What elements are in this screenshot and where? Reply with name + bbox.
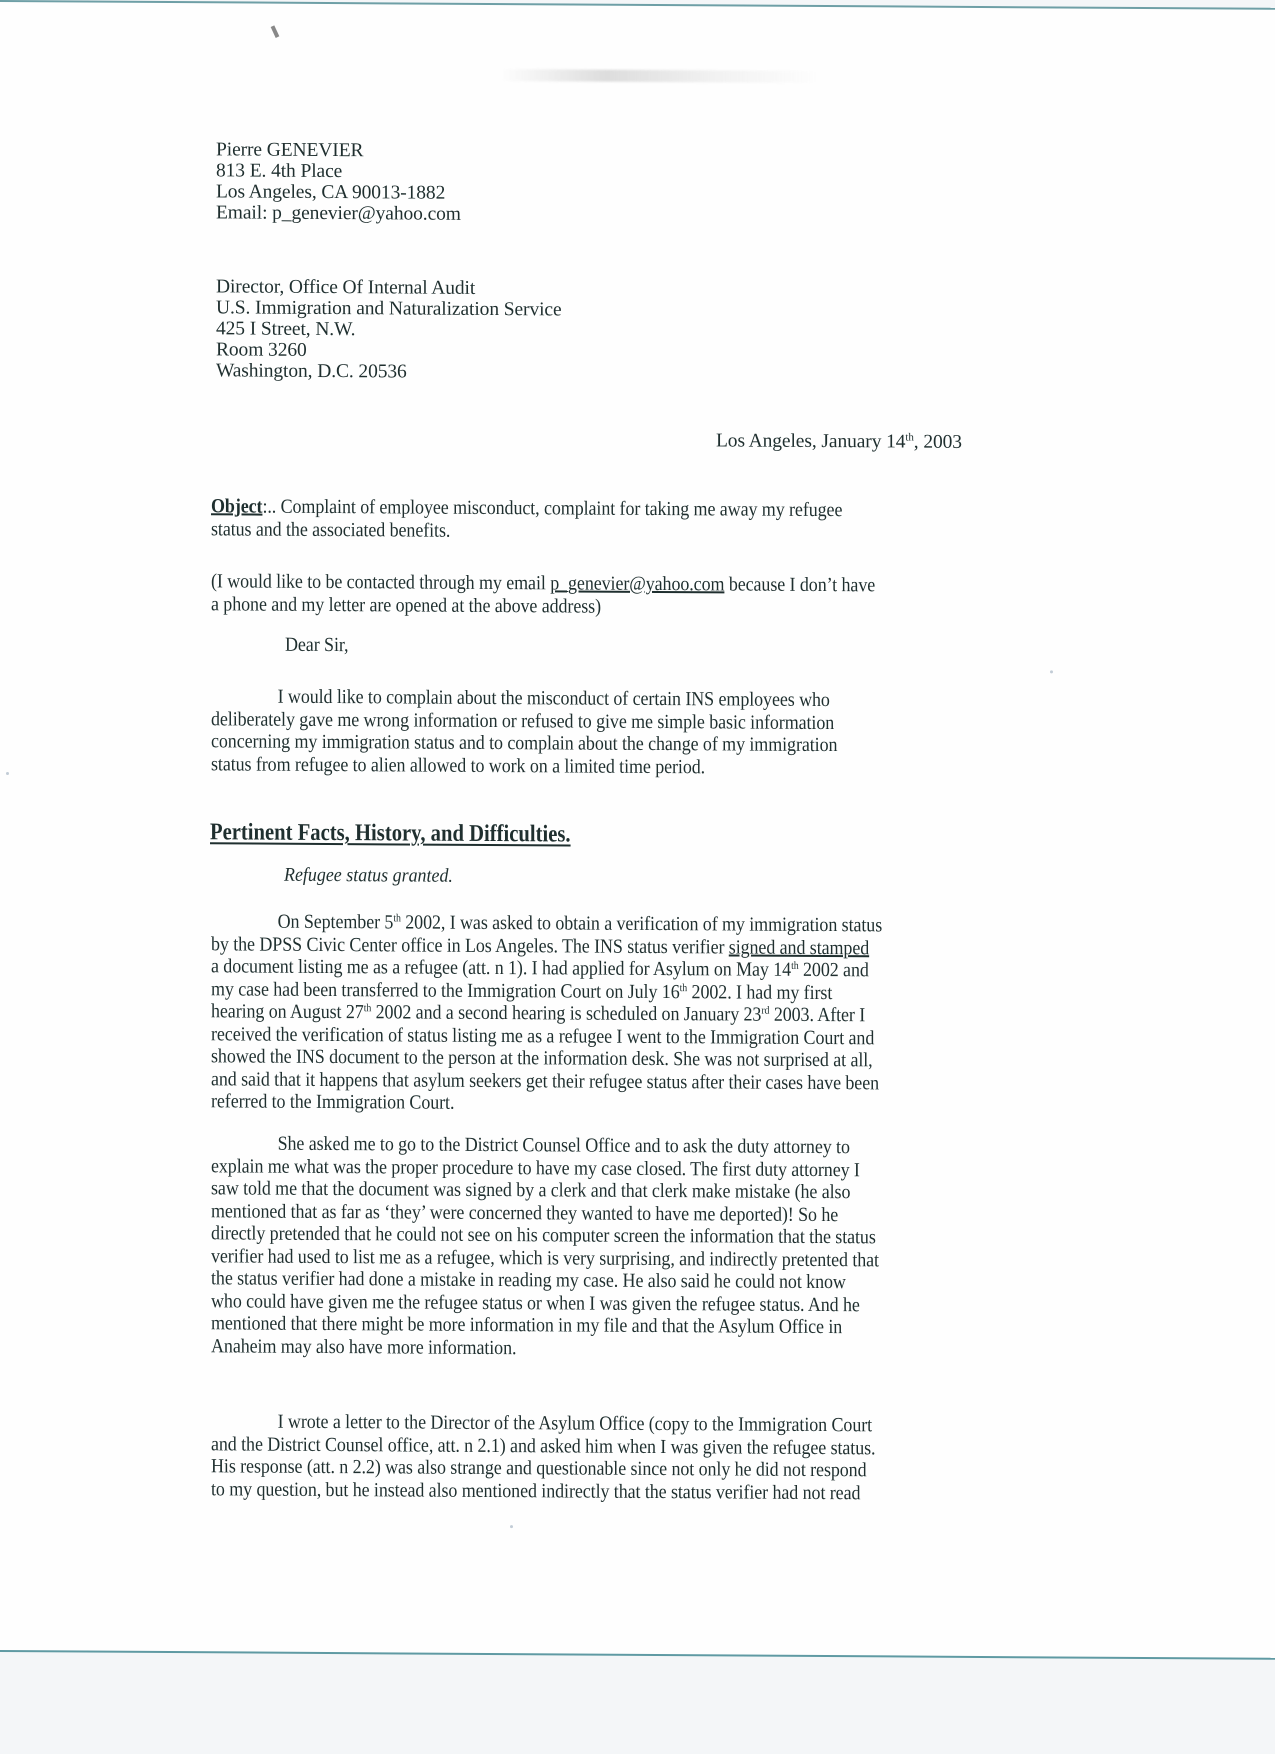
recipient-line: U.S. Immigration and Naturalization Serv… [216, 297, 562, 320]
paragraph-line: I wrote a letter to the Director of the … [278, 1411, 872, 1437]
paragraph-text: my case had been transferred to the Immi… [211, 978, 680, 1003]
paragraph-line: Anaheim may also have more information. [211, 1335, 879, 1362]
paragraph-text: 2002. I had my first [687, 981, 832, 1004]
paragraph-line: His response (att. n 2.2) was also stran… [211, 1455, 875, 1482]
paragraph-line: concerning my immigration status and to … [211, 730, 837, 756]
contact-note: (I would like to be contacted through my… [211, 570, 875, 619]
recipient-line: Director, Office Of Internal Audit [216, 276, 562, 299]
ordinal-suffix: th [364, 1002, 372, 1014]
date-year: , 2003 [914, 432, 962, 453]
paragraph-text: On September 5 [278, 911, 394, 934]
letter-object: Object:.. Complaint of employee miscondu… [211, 495, 842, 544]
facts-paragraph-2: She asked me to go to the District Couns… [211, 1132, 879, 1361]
scan-speck [1050, 670, 1053, 673]
object-label: Object [211, 495, 262, 517]
paragraph-text: 2003. After I [769, 1004, 865, 1027]
facts-paragraph-3: I wrote a letter to the Director of the … [211, 1410, 875, 1504]
recipient-line: Room 3260 [216, 339, 562, 362]
paragraph-line: saw told me that the document was signed… [211, 1177, 879, 1204]
sender-name: Pierre GENEVIER [216, 139, 461, 161]
paragraph-line: She asked me to go to the District Couns… [278, 1133, 850, 1158]
ordinal-suffix: th [393, 912, 401, 924]
object-text: status and the associated benefits. [211, 518, 842, 544]
contact-note-text: a phone and my letter are opened at the … [211, 593, 875, 620]
date-ordinal: th [905, 432, 913, 444]
paragraph-text: a document listing me as a refugee (att.… [211, 955, 791, 981]
paragraph-text: 2002, I was asked to obtain a verificati… [401, 911, 882, 936]
paragraph-line: referred to the Immigration Court. [211, 1090, 882, 1117]
ordinal-suffix: th [791, 960, 799, 972]
scan-speck [6, 772, 9, 775]
ordinal-suffix: th [680, 982, 688, 994]
intro-paragraph: I would like to complain about the misco… [211, 685, 837, 779]
recipient-line: Washington, D.C. 20536 [216, 360, 562, 383]
sender-city: Los Angeles, CA 90013-1882 [216, 181, 461, 203]
paragraph-line: I would like to complain about the misco… [278, 686, 830, 711]
facts-paragraph-1: On September 5th 2002, I was asked to ob… [211, 910, 882, 1117]
paragraph-line: directly pretended that he could not see… [211, 1222, 879, 1249]
paragraph-text: hearing on August 27 [211, 1000, 364, 1023]
contact-note-text: because I don’t have [724, 573, 875, 596]
sender-address-block: Pierre GENEVIER 813 E. 4th Place Los Ang… [216, 139, 461, 224]
recipient-line: 425 I Street, N.W. [216, 318, 562, 341]
paragraph-line: the status verifier had done a mistake i… [211, 1267, 879, 1294]
scan-artifact-mark [271, 25, 280, 38]
scanned-letter-page: Pierre GENEVIER 813 E. 4th Place Los Ang… [0, 0, 1275, 1660]
sender-email: Email: p_genevier@yahoo.com [216, 202, 461, 224]
section-heading: Pertinent Facts, History, and Difficulti… [210, 818, 571, 848]
scan-artifact-smudge [500, 69, 820, 83]
paragraph-text: 2002 and [799, 959, 869, 981]
email-link[interactable]: p_genevier@yahoo.com [550, 572, 724, 595]
date-text: Los Angeles, January 14 [716, 430, 905, 452]
paragraph-line: status from refugee to alien allowed to … [211, 753, 837, 779]
sender-street: 813 E. 4th Place [216, 160, 461, 182]
object-separator: :.. [262, 496, 276, 518]
object-text: Complaint of employee misconduct, compla… [276, 496, 842, 521]
paragraph-line: mentioned that there might be more infor… [211, 1312, 879, 1339]
paragraph-line: to my question, but he instead also ment… [211, 1478, 875, 1505]
paragraph-text: 2002 and a second hearing is scheduled o… [371, 1001, 761, 1025]
section-subheading: Refugee status granted. [284, 865, 453, 888]
scan-speck [510, 1525, 513, 1528]
contact-note-text: (I would like to be contacted through my… [211, 570, 550, 594]
recipient-address-block: Director, Office Of Internal Audit U.S. … [216, 276, 562, 383]
salutation: Dear Sir, [285, 634, 348, 657]
underlined-phrase: signed and stamped [729, 936, 869, 959]
letter-date: Los Angeles, January 14th, 2003 [716, 430, 962, 453]
paragraph-text: by the DPSS Civic Center office in Los A… [211, 933, 729, 958]
